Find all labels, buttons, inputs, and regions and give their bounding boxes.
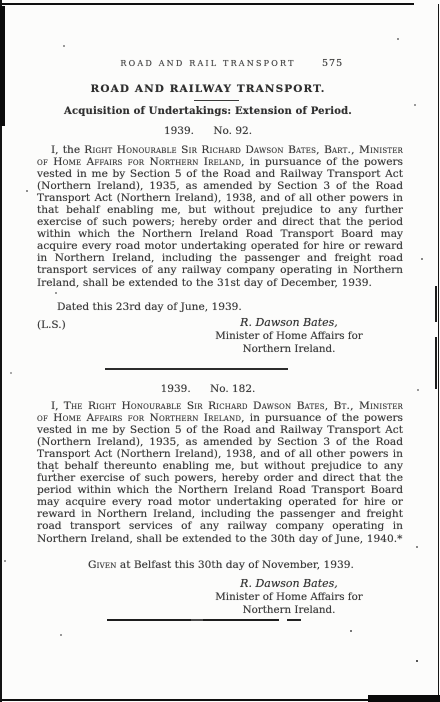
signature-title-line: Minister of Home Affairs for xyxy=(208,591,370,604)
scan-noise-specks xyxy=(0,0,2,2)
title-rule xyxy=(194,100,239,101)
order-2-body: I, The Right Honourable Sir Richard Daws… xyxy=(37,400,403,545)
order-2-number: No. 182. xyxy=(210,383,255,395)
scan-artifact-right-1 xyxy=(435,286,438,322)
page-number: 575 xyxy=(322,58,343,69)
order-1-number-line: 1939. No. 92. xyxy=(8,125,408,137)
order-1-body: I, the Right Honourable Sir Richard Daws… xyxy=(37,144,403,289)
running-head: ROAD AND RAIL TRANSPORT xyxy=(8,59,408,68)
signature-name: R. Dawson Bates, xyxy=(208,316,370,330)
section-divider xyxy=(105,368,288,370)
signature-title-line: Northern Ireland. xyxy=(208,343,370,356)
document-subtitle: Acquisition of Undertakings: Extension o… xyxy=(8,106,408,117)
scan-artifact-right-2 xyxy=(435,337,438,389)
order-2-number-line: 1939. No. 182. xyxy=(8,383,408,395)
document-title: ROAD AND RAILWAY TRANSPORT. xyxy=(8,83,408,95)
order-1-number: No. 92. xyxy=(213,125,252,137)
seal-mark: (L.S.) xyxy=(37,319,66,331)
order-2-year: 1939. xyxy=(161,383,191,395)
scan-border-top xyxy=(2,3,414,5)
order-1-signature-block: R. Dawson Bates, Minister of Home Affair… xyxy=(208,316,370,356)
order-1-dated-line: Dated this 23rd day of June, 1939. xyxy=(57,301,242,313)
bottom-divider xyxy=(107,619,308,621)
signature-name: R. Dawson Bates, xyxy=(208,577,370,591)
order-1-year: 1939. xyxy=(164,125,194,137)
scanned-document-page: ROAD AND RAIL TRANSPORT 575 ROAD AND RAI… xyxy=(0,0,440,702)
scan-border-right xyxy=(438,4,440,698)
signature-title-line: Northern Ireland. xyxy=(208,604,370,617)
order-2-given-line: Given at Belfast this 30th day of Novemb… xyxy=(88,559,354,571)
scan-artifact-bottom-right xyxy=(368,695,440,702)
signature-title-line: Minister of Home Affairs for xyxy=(208,330,370,343)
order-2-signature-block: R. Dawson Bates, Minister of Home Affair… xyxy=(208,577,370,617)
scan-border-left-thick xyxy=(0,6,5,126)
